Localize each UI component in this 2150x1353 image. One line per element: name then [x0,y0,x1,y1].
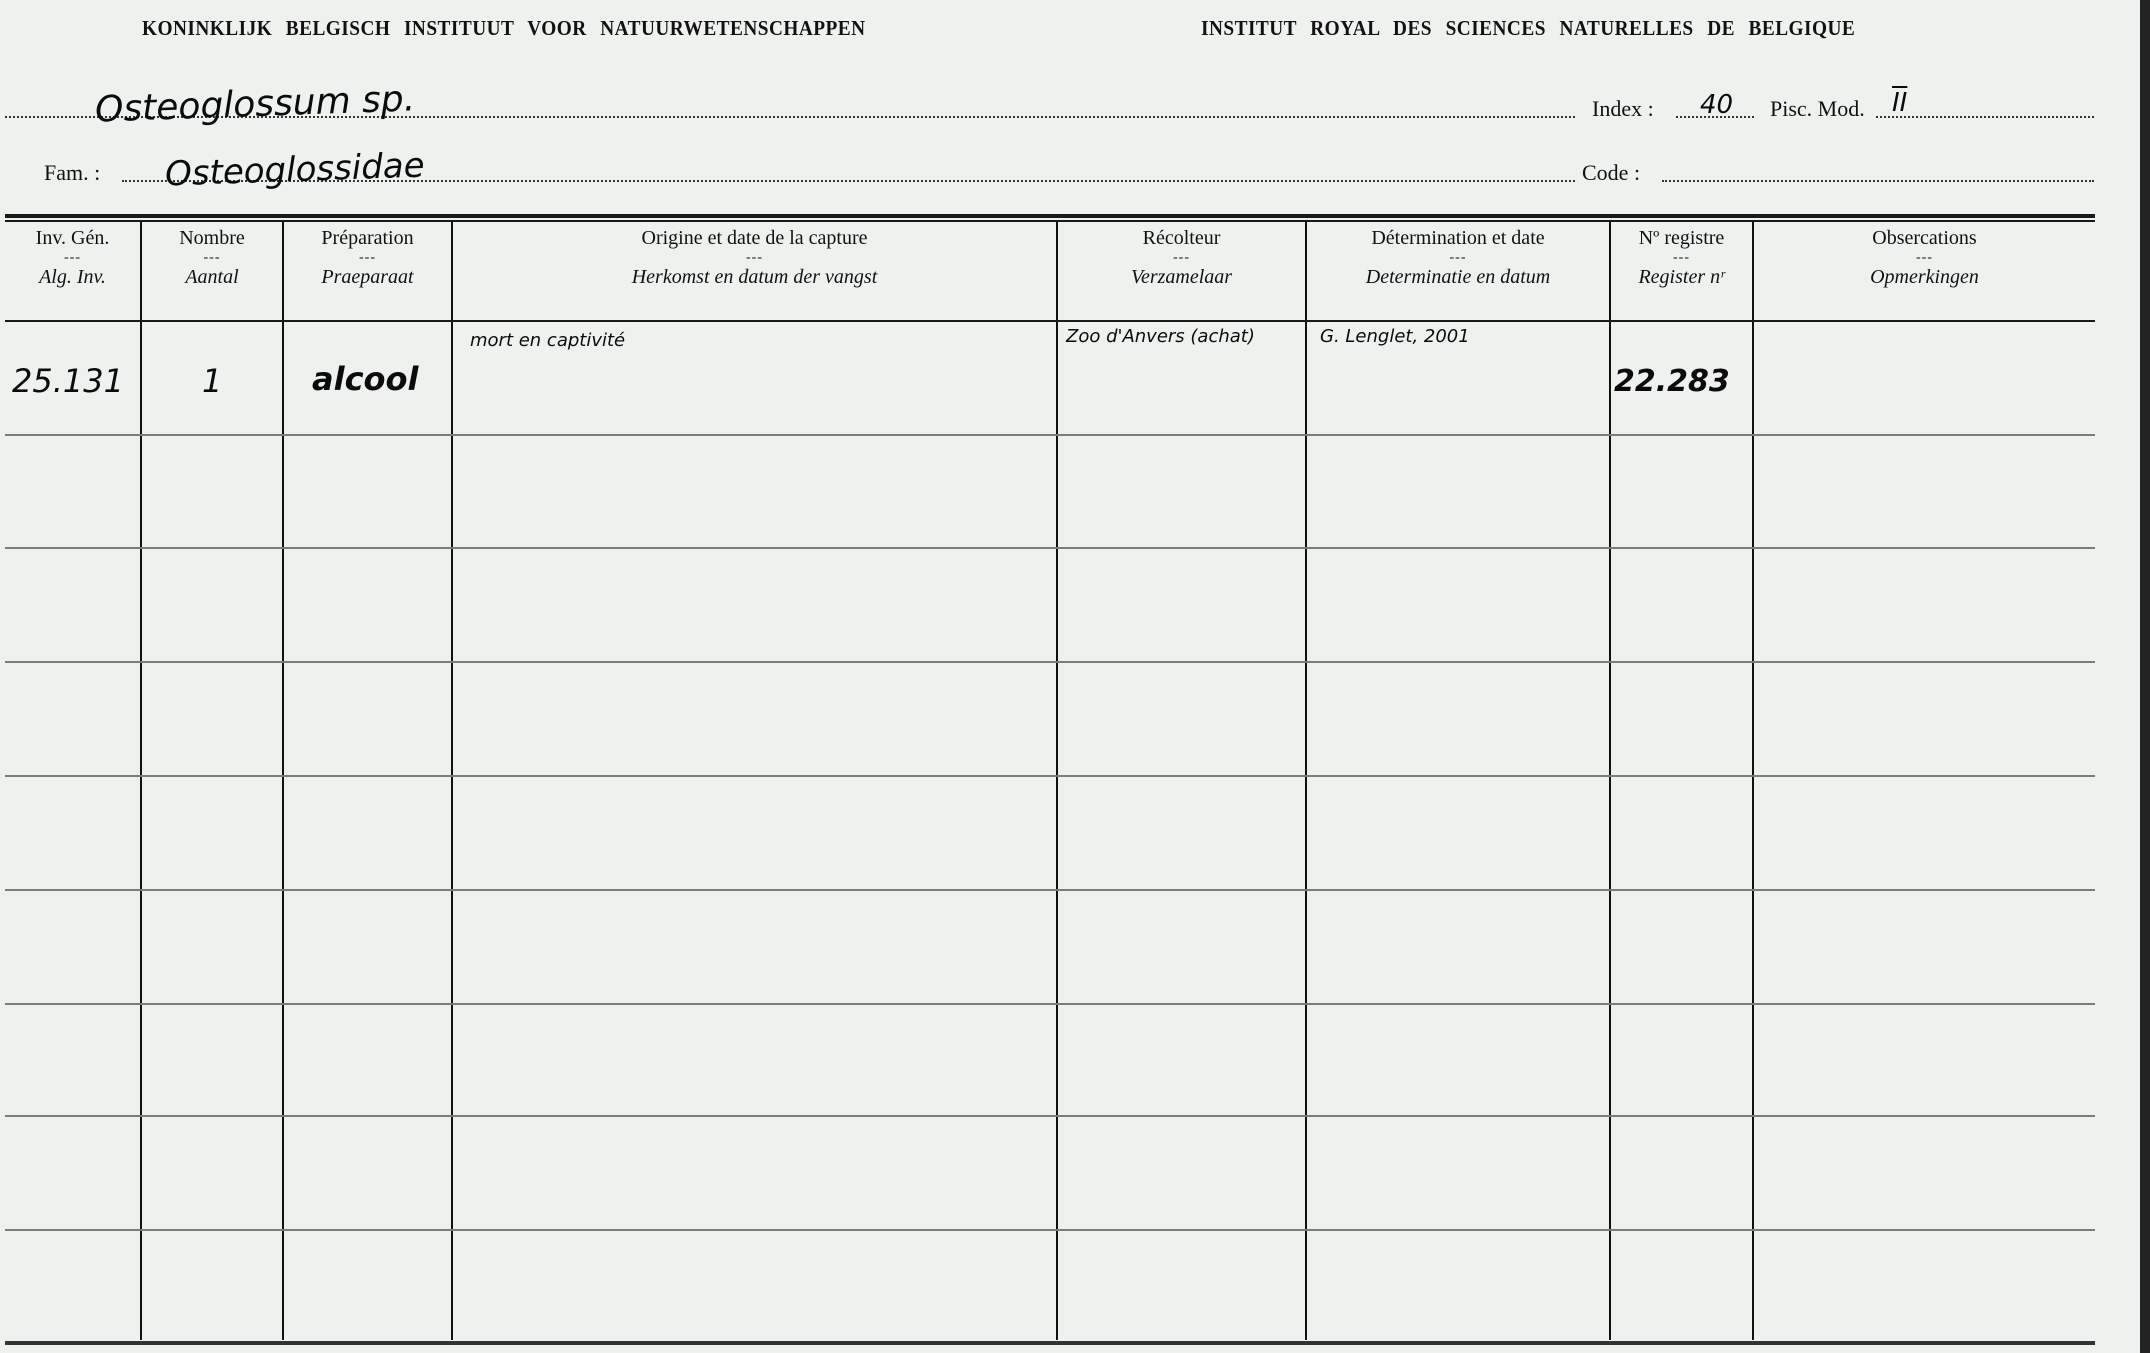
column-header-preparation: Préparation --- Praeparaat [284,222,451,320]
row-divider [5,889,2095,891]
row-divider [5,1229,2095,1231]
cell-recolteur: Zoo d'Anvers (achat) [1066,326,1255,347]
header-rule-top [5,214,2095,218]
row-divider [5,434,2095,436]
institute-title-fr: INSTITUT ROYAL DES SCIENCES NATURELLES D… [1201,16,1855,41]
row-divider [5,661,2095,663]
cell-nombre: 1 [202,362,222,400]
row-divider [5,1003,2095,1005]
column-divider [451,222,453,1340]
column-header-nombre: Nombre --- Aantal [142,222,282,320]
column-header-recolteur: Récolteur --- Verzamelaar [1058,222,1305,320]
scan-border [2140,0,2150,1353]
cell-determination: G. Lenglet, 2001 [1320,326,1470,347]
index-value: 40 [1700,90,1733,120]
family-name: Osteoglossidae [164,145,425,194]
column-divider [282,222,284,1340]
column-header-origine: Origine et date de la capture --- Herkom… [453,222,1056,320]
code-label: Code : [1582,160,1640,186]
species-name: Osteoglossum sp. [94,78,415,130]
institute-title-nl: KONINKLIJK BELGISCH INSTITUUT VOOR NATUU… [142,16,866,41]
column-divider [1056,222,1058,1340]
cell-registre: 22.283 [1614,364,1730,399]
cell-origine: mort en captivité [470,330,625,351]
table-bottom-rule [5,1341,2095,1345]
code-line [1662,180,2094,182]
pisc-mod-label: Pisc. Mod. [1770,96,1865,122]
row-divider [5,1115,2095,1117]
cell-inv-gen: 25.131 [12,362,124,400]
column-header-registre: Nº registre --- Register nʳ [1611,222,1752,320]
header-bottom-rule [5,320,2095,322]
column-header-determination: Détermination et date --- Determinatie e… [1307,222,1609,320]
row-divider [5,775,2095,777]
index-label: Index : [1592,96,1654,122]
column-divider [140,222,142,1340]
family-label: Fam. : [44,160,100,186]
row-divider [5,547,2095,549]
cell-preparation: alcool [312,360,418,398]
pisc-mod-value: II [1892,88,1907,118]
column-header-inv-gen: Inv. Gén. --- Alg. Inv. [5,222,140,320]
column-divider [1752,222,1754,1340]
column-header-observations: Obsercations --- Opmerkingen [1754,222,2095,320]
pisc-mod-line [1876,116,2094,118]
column-divider [1305,222,1307,1340]
column-divider [1609,222,1611,1340]
